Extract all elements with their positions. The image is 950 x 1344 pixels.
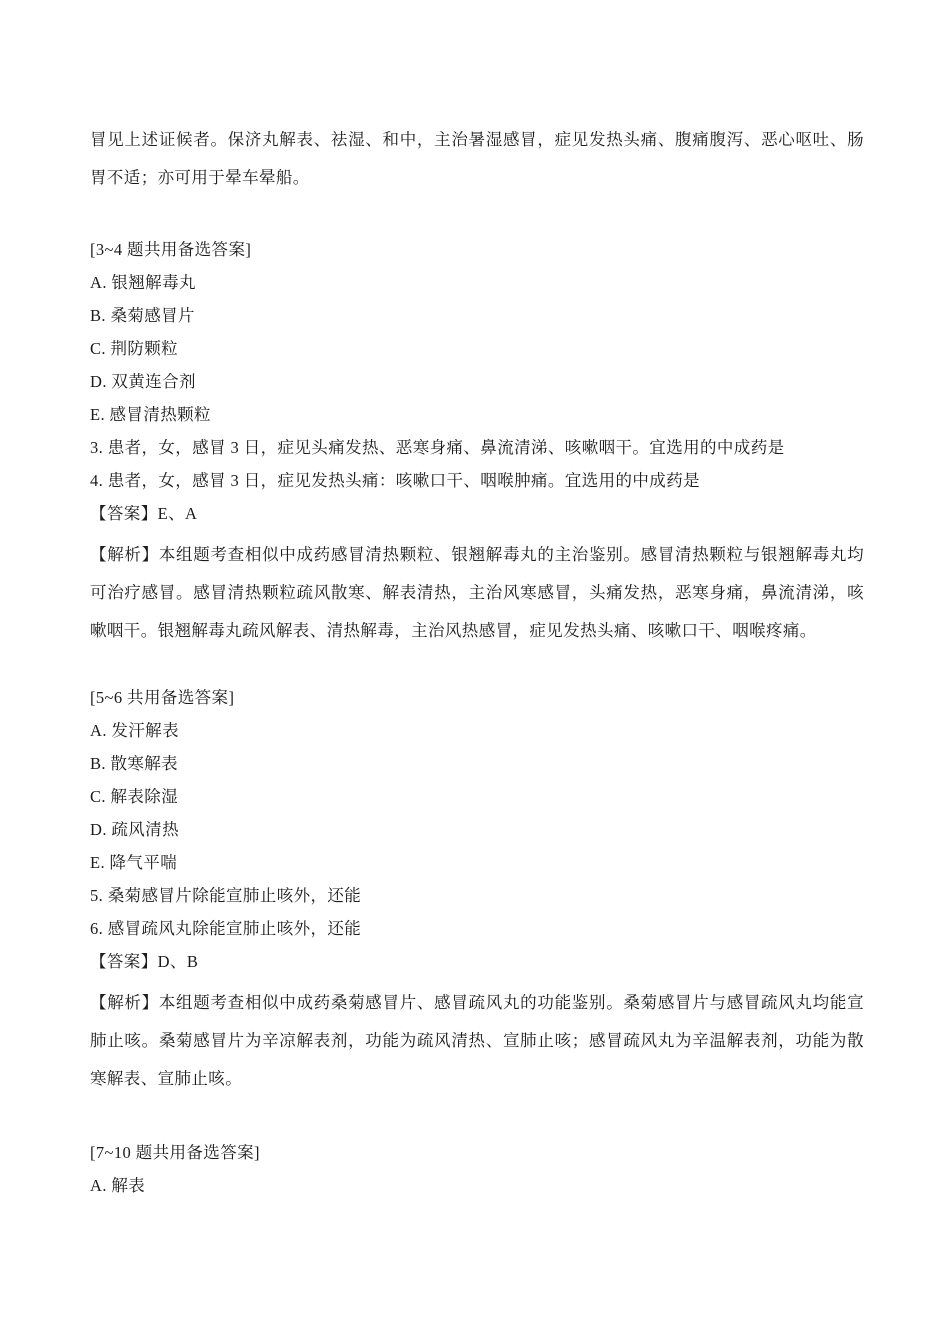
answer-label: 【答案】 xyxy=(90,504,158,523)
answer-value: D、B xyxy=(158,952,199,971)
analysis-text: 本组题考查相似中成药感冒清热颗粒、银翘解毒丸的主治鉴别。感冒清热颗粒与银翘解毒丸… xyxy=(90,545,864,640)
question-group-7-10: [7~10 题共用备选答案] A. 解表 xyxy=(90,1136,864,1202)
document-content: 冒见上述证候者。保济丸解表、祛湿、和中，主治暑湿感冒，症见发热头痛、腹痛腹泻、恶… xyxy=(90,121,864,1202)
option-a: A. 发汗解表 xyxy=(90,714,864,747)
answer-label: 【答案】 xyxy=(90,952,158,971)
option-b: B. 散寒解表 xyxy=(90,747,864,780)
option-a: A. 银翘解毒丸 xyxy=(90,266,864,299)
answer-line: 【答案】D、B xyxy=(90,945,864,978)
question-group-5-6: [5~6 共用备选答案] A. 发汗解表 B. 散寒解表 C. 解表除湿 D. … xyxy=(90,681,864,1098)
section-header: [7~10 题共用备选答案] xyxy=(90,1136,864,1169)
option-d: D. 疏风清热 xyxy=(90,813,864,846)
option-c: C. 荆防颗粒 xyxy=(90,332,864,365)
analysis-label: 【解析】 xyxy=(90,545,159,564)
intro-paragraph: 冒见上述证候者。保济丸解表、祛湿、和中，主治暑湿感冒，症见发热头痛、腹痛腹泻、恶… xyxy=(90,121,864,197)
analysis-text: 本组题考查相似中成药桑菊感冒片、感冒疏风丸的功能鉴别。桑菊感冒片与感冒疏风丸均能… xyxy=(90,993,864,1088)
analysis-paragraph: 【解析】本组题考查相似中成药感冒清热颗粒、银翘解毒丸的主治鉴别。感冒清热颗粒与银… xyxy=(90,536,864,650)
document-page: 冒见上述证候者。保济丸解表、祛湿、和中，主治暑湿感冒，症见发热头痛、腹痛腹泻、恶… xyxy=(0,0,950,1344)
question-6: 6. 感冒疏风丸除能宣肺止咳外，还能 xyxy=(90,912,864,945)
option-c: C. 解表除湿 xyxy=(90,780,864,813)
analysis-paragraph: 【解析】本组题考查相似中成药桑菊感冒片、感冒疏风丸的功能鉴别。桑菊感冒片与感冒疏… xyxy=(90,984,864,1098)
option-a: A. 解表 xyxy=(90,1169,864,1202)
analysis-label: 【解析】 xyxy=(90,993,159,1012)
question-5: 5. 桑菊感冒片除能宣肺止咳外，还能 xyxy=(90,879,864,912)
answer-line: 【答案】E、A xyxy=(90,497,864,530)
section-header: [3~4 题共用备选答案] xyxy=(90,233,864,266)
question-4: 4. 患者，女，感冒 3 日，症见发热头痛：咳嗽口干、咽喉肿痛。宜选用的中成药是 xyxy=(90,464,864,497)
option-e: E. 降气平喘 xyxy=(90,846,864,879)
answer-value: E、A xyxy=(158,504,198,523)
option-e: E. 感冒清热颗粒 xyxy=(90,398,864,431)
option-d: D. 双黄连合剂 xyxy=(90,365,864,398)
question-group-3-4: [3~4 题共用备选答案] A. 银翘解毒丸 B. 桑菊感冒片 C. 荆防颗粒 … xyxy=(90,233,864,650)
question-3: 3. 患者，女，感冒 3 日，症见头痛发热、恶寒身痛、鼻流清涕、咳嗽咽干。宜选用… xyxy=(90,431,864,464)
option-b: B. 桑菊感冒片 xyxy=(90,299,864,332)
section-header: [5~6 共用备选答案] xyxy=(90,681,864,714)
